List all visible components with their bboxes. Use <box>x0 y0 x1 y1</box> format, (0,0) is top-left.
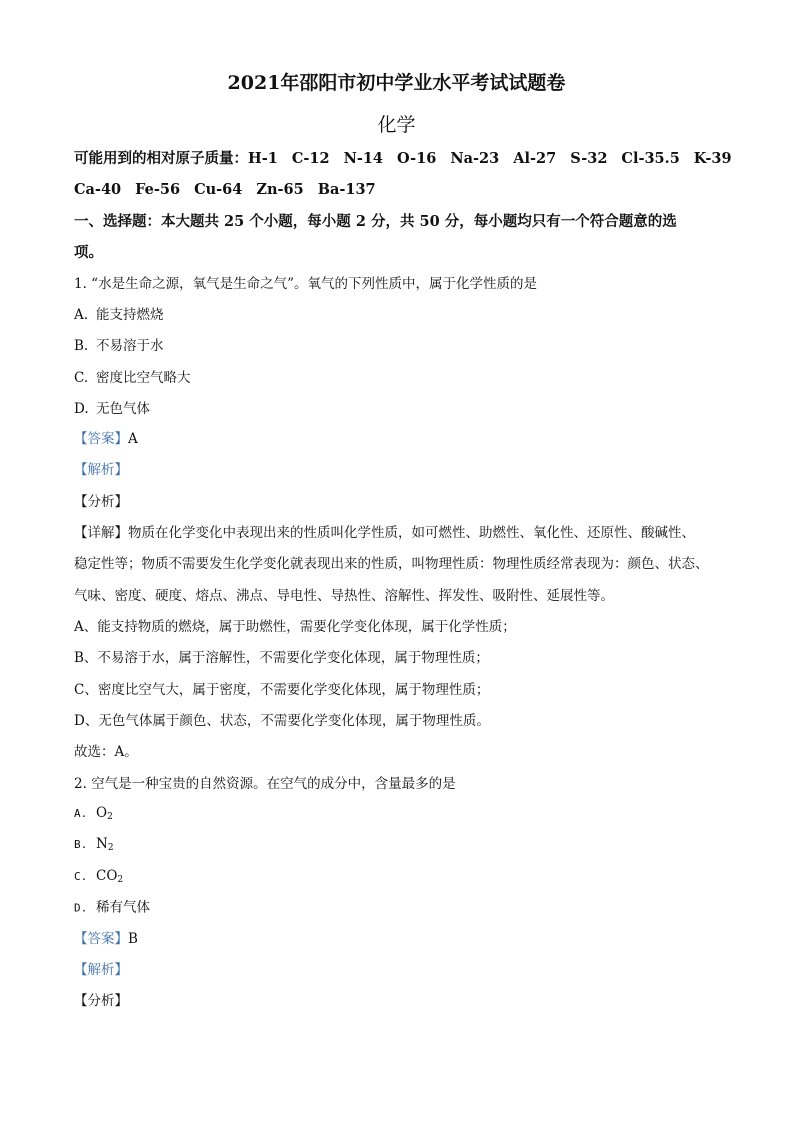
section-heading-cont: 项。 <box>74 243 103 263</box>
question-1-option-c: C.密度比空气略大 <box>74 368 191 388</box>
atomic-mass: C-12 <box>292 149 330 169</box>
question-2-option-c: C.CO2 <box>74 866 123 890</box>
fenxi-tag: 【分析】 <box>74 494 128 510</box>
atomic-mass: Cl-35.5 <box>621 149 679 169</box>
question-2-stem: 2. 空气是一种宝贵的自然资源。在空气的成分中，含量最多的是 <box>74 774 456 794</box>
question-1-stem: 1. “水是生命之源，氧气是生命之气”。氧气的下列性质中，属于化学性质的是 <box>74 274 537 294</box>
atomic-mass: S-32 <box>570 149 607 169</box>
atomic-mass: Zn-65 <box>256 180 303 200</box>
option-letter: D. <box>74 399 96 419</box>
question-1-explanation-a: A、能支持物质的燃烧，属于助燃性，需要化学变化体现，属于化学性质； <box>74 617 516 637</box>
atomic-mass: Ba-137 <box>318 180 376 200</box>
atomic-masses-line1: 可能用到的相对原子质量：H-1C-12N-14O-16Na-23Al-27S-3… <box>74 149 746 169</box>
section-heading: 一、选择题：本大题共 25 个小题，每小题 2 分，共 50 分，每小题均只有一… <box>74 212 677 232</box>
page-title: 2021年邵阳市初中学业水平考试试题卷 <box>0 73 793 93</box>
detail-text: 物质在化学变化中表现出来的性质叫化学性质，如可燃性、助燃性、氧化性、还原性、酸碱… <box>128 525 695 541</box>
fenxi-tag: 【分析】 <box>74 993 128 1009</box>
option-text: 不易溶于水 <box>96 338 164 354</box>
option-letter: A. <box>74 804 96 824</box>
atomic-mass: K-39 <box>694 149 732 169</box>
question-1-explanation-d: D、无色气体属于颜色、状态，不需要化学变化体现，属于物理性质。 <box>74 711 490 731</box>
option-subscript: 2 <box>107 812 113 822</box>
question-1-conclusion: 故选：A。 <box>74 742 138 762</box>
question-1-option-b: B.不易溶于水 <box>74 336 164 356</box>
option-text: 稀有气体 <box>96 900 150 916</box>
atomic-mass: Ca-40 <box>74 180 121 200</box>
subject-title: 化学 <box>0 115 793 135</box>
option-letter: A. <box>74 305 96 325</box>
question-2-analysis: 【解析】 <box>74 960 128 980</box>
question-2-fenxi: 【分析】 <box>74 991 128 1011</box>
atomic-mass: N-14 <box>344 149 383 169</box>
option-text: 能支持燃烧 <box>96 307 164 323</box>
analysis-tag: 【解析】 <box>74 462 128 478</box>
option-text: 无色气体 <box>96 401 150 417</box>
question-1-explanation-c: C、密度比空气大，属于密度，不需要化学变化体现，属于物理性质； <box>74 680 489 700</box>
option-subscript: 2 <box>108 843 114 853</box>
option-letter: B. <box>74 835 96 855</box>
question-1-analysis: 【解析】 <box>74 460 128 480</box>
option-letter: C. <box>74 368 96 388</box>
question-1-explanation-b: B、不易溶于水，属于溶解性，不需要化学变化体现，属于物理性质； <box>74 648 489 668</box>
analysis-tag: 【解析】 <box>74 962 128 978</box>
atomic-mass: Na-23 <box>450 149 499 169</box>
question-2-option-d: D.稀有气体 <box>74 898 150 919</box>
atomic-mass-label: 可能用到的相对原子质量： <box>74 150 248 167</box>
atomic-mass: Al-27 <box>513 149 556 169</box>
question-2-option-b: B.N2 <box>74 834 114 858</box>
atomic-mass: H-1 <box>248 149 278 169</box>
option-text: CO <box>96 868 117 884</box>
option-letter: B. <box>74 336 96 356</box>
answer-value: A <box>128 431 138 447</box>
answer-tag: 【答案】 <box>74 931 128 947</box>
question-2-answer: 【答案】B <box>74 929 138 949</box>
option-letter: D. <box>74 899 96 919</box>
question-1-answer: 【答案】A <box>74 429 138 449</box>
question-1-option-a: A.能支持燃烧 <box>74 305 164 325</box>
detail-tag: 【详解】 <box>74 525 128 541</box>
question-1-option-d: D.无色气体 <box>74 399 150 419</box>
atomic-mass: Fe-56 <box>135 180 180 200</box>
atomic-masses-line2: Ca-40Fe-56Cu-64Zn-65Ba-137 <box>74 180 390 200</box>
question-1-detail-line3: 气味、密度、硬度、熔点、沸点、导电性、导热性、溶解性、挥发性、吸附性、延展性等。 <box>74 586 614 606</box>
question-1-fenxi: 【分析】 <box>74 492 128 512</box>
atomic-mass: O-16 <box>397 149 436 169</box>
option-letter: C. <box>74 867 96 887</box>
question-1-detail-line1: 【详解】物质在化学变化中表现出来的性质叫化学性质，如可燃性、助燃性、氧化性、还原… <box>74 523 695 543</box>
answer-value: B <box>128 931 138 947</box>
option-text: O <box>96 805 107 821</box>
atomic-mass: Cu-64 <box>194 180 242 200</box>
answer-tag: 【答案】 <box>74 431 128 447</box>
question-2-option-a: A.O2 <box>74 803 113 827</box>
option-text: 密度比空气略大 <box>96 370 191 386</box>
question-1-detail-line2: 稳定性等；物质不需要发生化学变化就表现出来的性质，叫物理性质：物理性质经常表现为… <box>74 554 709 574</box>
option-subscript: 2 <box>117 875 123 885</box>
option-text: N <box>96 836 108 852</box>
